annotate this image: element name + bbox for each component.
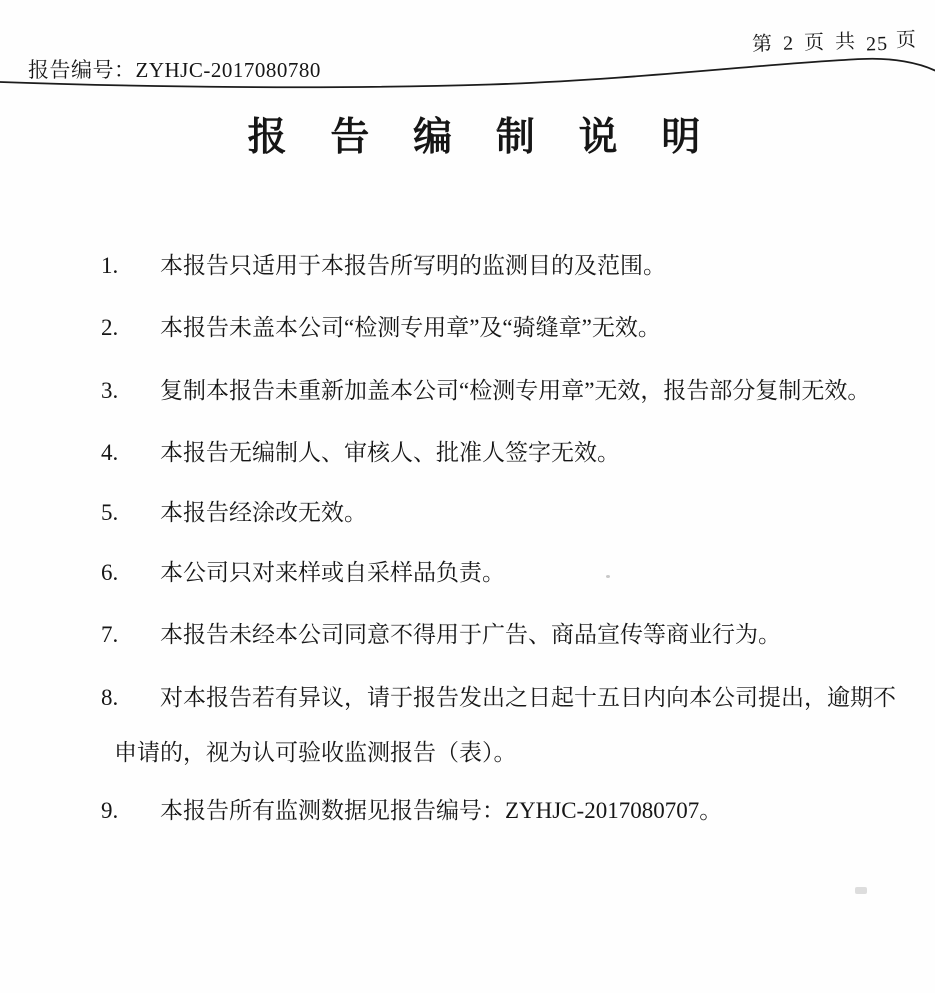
- note-item-text: 本报告无编制人、审核人、批准人签字无效。: [160, 437, 620, 468]
- report-number: 报告编号：ZYHJC-2017080780: [28, 56, 321, 84]
- scan-speck: [855, 887, 867, 894]
- note-item-text: 本报告未经本公司同意不得用于广告、商品宣传等商业行为。: [160, 619, 781, 650]
- note-item-number: 6.: [101, 557, 118, 588]
- document-page: 报告编号：ZYHJC-2017080780 第 2 页 共 25 页 报 告 编…: [0, 0, 935, 993]
- note-item-number: 9.: [101, 795, 118, 826]
- note-item-text: 申请的，视为认可验收监测报告（表）。: [114, 737, 517, 768]
- report-number-label: 报告编号：: [28, 58, 136, 82]
- note-item-text: 本报告未盖本公司“检测专用章”及“骑缝章”无效。: [160, 312, 661, 343]
- scan-speck: [606, 575, 610, 578]
- note-item-number: 5.: [101, 497, 118, 528]
- note-item-text: 本报告只适用于本报告所写明的监测目的及范围。: [160, 250, 666, 281]
- page-indicator-suffix: 页: [896, 29, 920, 52]
- note-item-number: 2.: [101, 312, 118, 343]
- page-indicator-prefix: 第 2 页 共: [752, 31, 859, 56]
- note-item-number: 3.: [101, 375, 118, 406]
- note-item-text: 复制本报告未重新加盖本公司“检测专用章”无效，报告部分复制无效。: [160, 375, 870, 406]
- note-item-text: 本报告所有监测数据见报告编号：ZYHJC-2017080707。: [160, 795, 722, 826]
- note-item-number: 1.: [101, 250, 118, 281]
- page-indicator: 第 2 页 共 25 页: [752, 27, 920, 58]
- note-item-number: 8.: [101, 682, 118, 713]
- page-title: 报 告 编 制 说 明: [0, 106, 935, 162]
- report-number-value: ZYHJC-2017080780: [136, 58, 321, 82]
- note-item-text: 本公司只对来样或自采样品负责。: [160, 557, 505, 588]
- note-item-number: 4.: [101, 437, 118, 468]
- page-number: 25: [866, 31, 889, 58]
- note-item-text: 对本报告若有异议，请于报告发出之日起十五日内向本公司提出，逾期不: [160, 682, 896, 713]
- note-item-number: 7.: [101, 619, 118, 650]
- note-item-text: 本报告经涂改无效。: [160, 497, 367, 528]
